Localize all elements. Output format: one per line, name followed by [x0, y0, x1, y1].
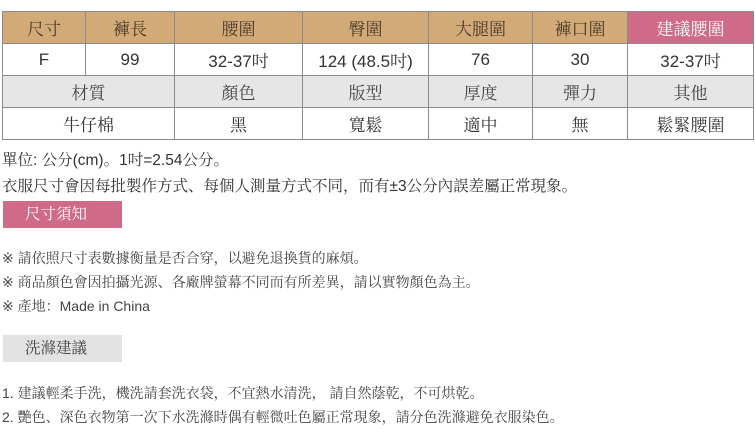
value-leg-opening: 30: [533, 44, 628, 76]
tolerance-note: 衣服尺寸會因每批製作方式、每個人測量方式不同，而有±3公分內誤差屬正常現象。: [2, 174, 577, 196]
label-elasticity: 彈力: [533, 76, 628, 108]
label-material: 材質: [3, 76, 175, 108]
detail-value-row: 牛仔棉 黑 寬鬆 適中 無 鬆緊腰圍: [3, 108, 754, 140]
header-hip: 臀圍: [303, 12, 429, 44]
header-leg-opening: 褲口圍: [533, 12, 628, 44]
product-size-info: 尺寸 褲長 腰圍 臀圍 大腿圍 褲口圍 建議腰圍 F 99 32-37吋 124…: [0, 0, 755, 440]
value-hip: 124 (48.5吋): [303, 44, 429, 76]
detail-elasticity: 無: [533, 108, 628, 140]
size-notice-item: ※ 商品顏色會因拍攝光源、各廠牌螢幕不同而有所差異，請以實物顏色為主。: [2, 272, 480, 292]
detail-fit: 寬鬆: [303, 108, 429, 140]
washing-title: 洗滌建議: [3, 335, 122, 362]
header-recommended-waist: 建議腰圍: [628, 12, 754, 44]
header-size: 尺寸: [3, 12, 86, 44]
unit-note: 單位: 公分(cm)。1吋=2.54公分。: [2, 148, 229, 170]
label-other: 其他: [628, 76, 754, 108]
value-recommended-waist: 32-37吋: [628, 44, 754, 76]
size-table: 尺寸 褲長 腰圍 臀圍 大腿圍 褲口圍 建議腰圍 F 99 32-37吋 124…: [2, 11, 754, 140]
washing-item: 1. 建議輕柔手洗，機洗請套洗衣袋，不宜熱水清洗， 請自然蔭乾，不可烘乾。: [2, 383, 483, 403]
label-color: 顏色: [175, 76, 303, 108]
value-size: F: [3, 44, 86, 76]
size-header-row: 尺寸 褲長 腰圍 臀圍 大腿圍 褲口圍 建議腰圍: [3, 12, 754, 44]
detail-thickness: 適中: [429, 108, 533, 140]
detail-color: 黑: [175, 108, 303, 140]
value-length: 99: [86, 44, 175, 76]
size-notice-title: 尺寸須知: [3, 201, 122, 228]
detail-label-row: 材質 顏色 版型 厚度 彈力 其他: [3, 76, 754, 108]
size-value-row: F 99 32-37吋 124 (48.5吋) 76 30 32-37吋: [3, 44, 754, 76]
detail-other: 鬆緊腰圍: [628, 108, 754, 140]
label-thickness: 厚度: [429, 76, 533, 108]
label-fit: 版型: [303, 76, 429, 108]
size-notice-item: ※ 產地：Made in China: [2, 296, 150, 316]
detail-material: 牛仔棉: [3, 108, 175, 140]
header-waist: 腰圍: [175, 12, 303, 44]
washing-item: 2. 艷色、深色衣物第一次下水洗滌時偶有輕微吐色屬正常現象，請分色洗滌避免衣服染…: [2, 407, 564, 427]
size-notice-item: ※ 請依照尺寸表數據衡量是否合穿，以避免退換貨的麻煩。: [2, 248, 368, 268]
header-length: 褲長: [86, 12, 175, 44]
value-waist: 32-37吋: [175, 44, 303, 76]
value-thigh: 76: [429, 44, 533, 76]
header-thigh: 大腿圍: [429, 12, 533, 44]
